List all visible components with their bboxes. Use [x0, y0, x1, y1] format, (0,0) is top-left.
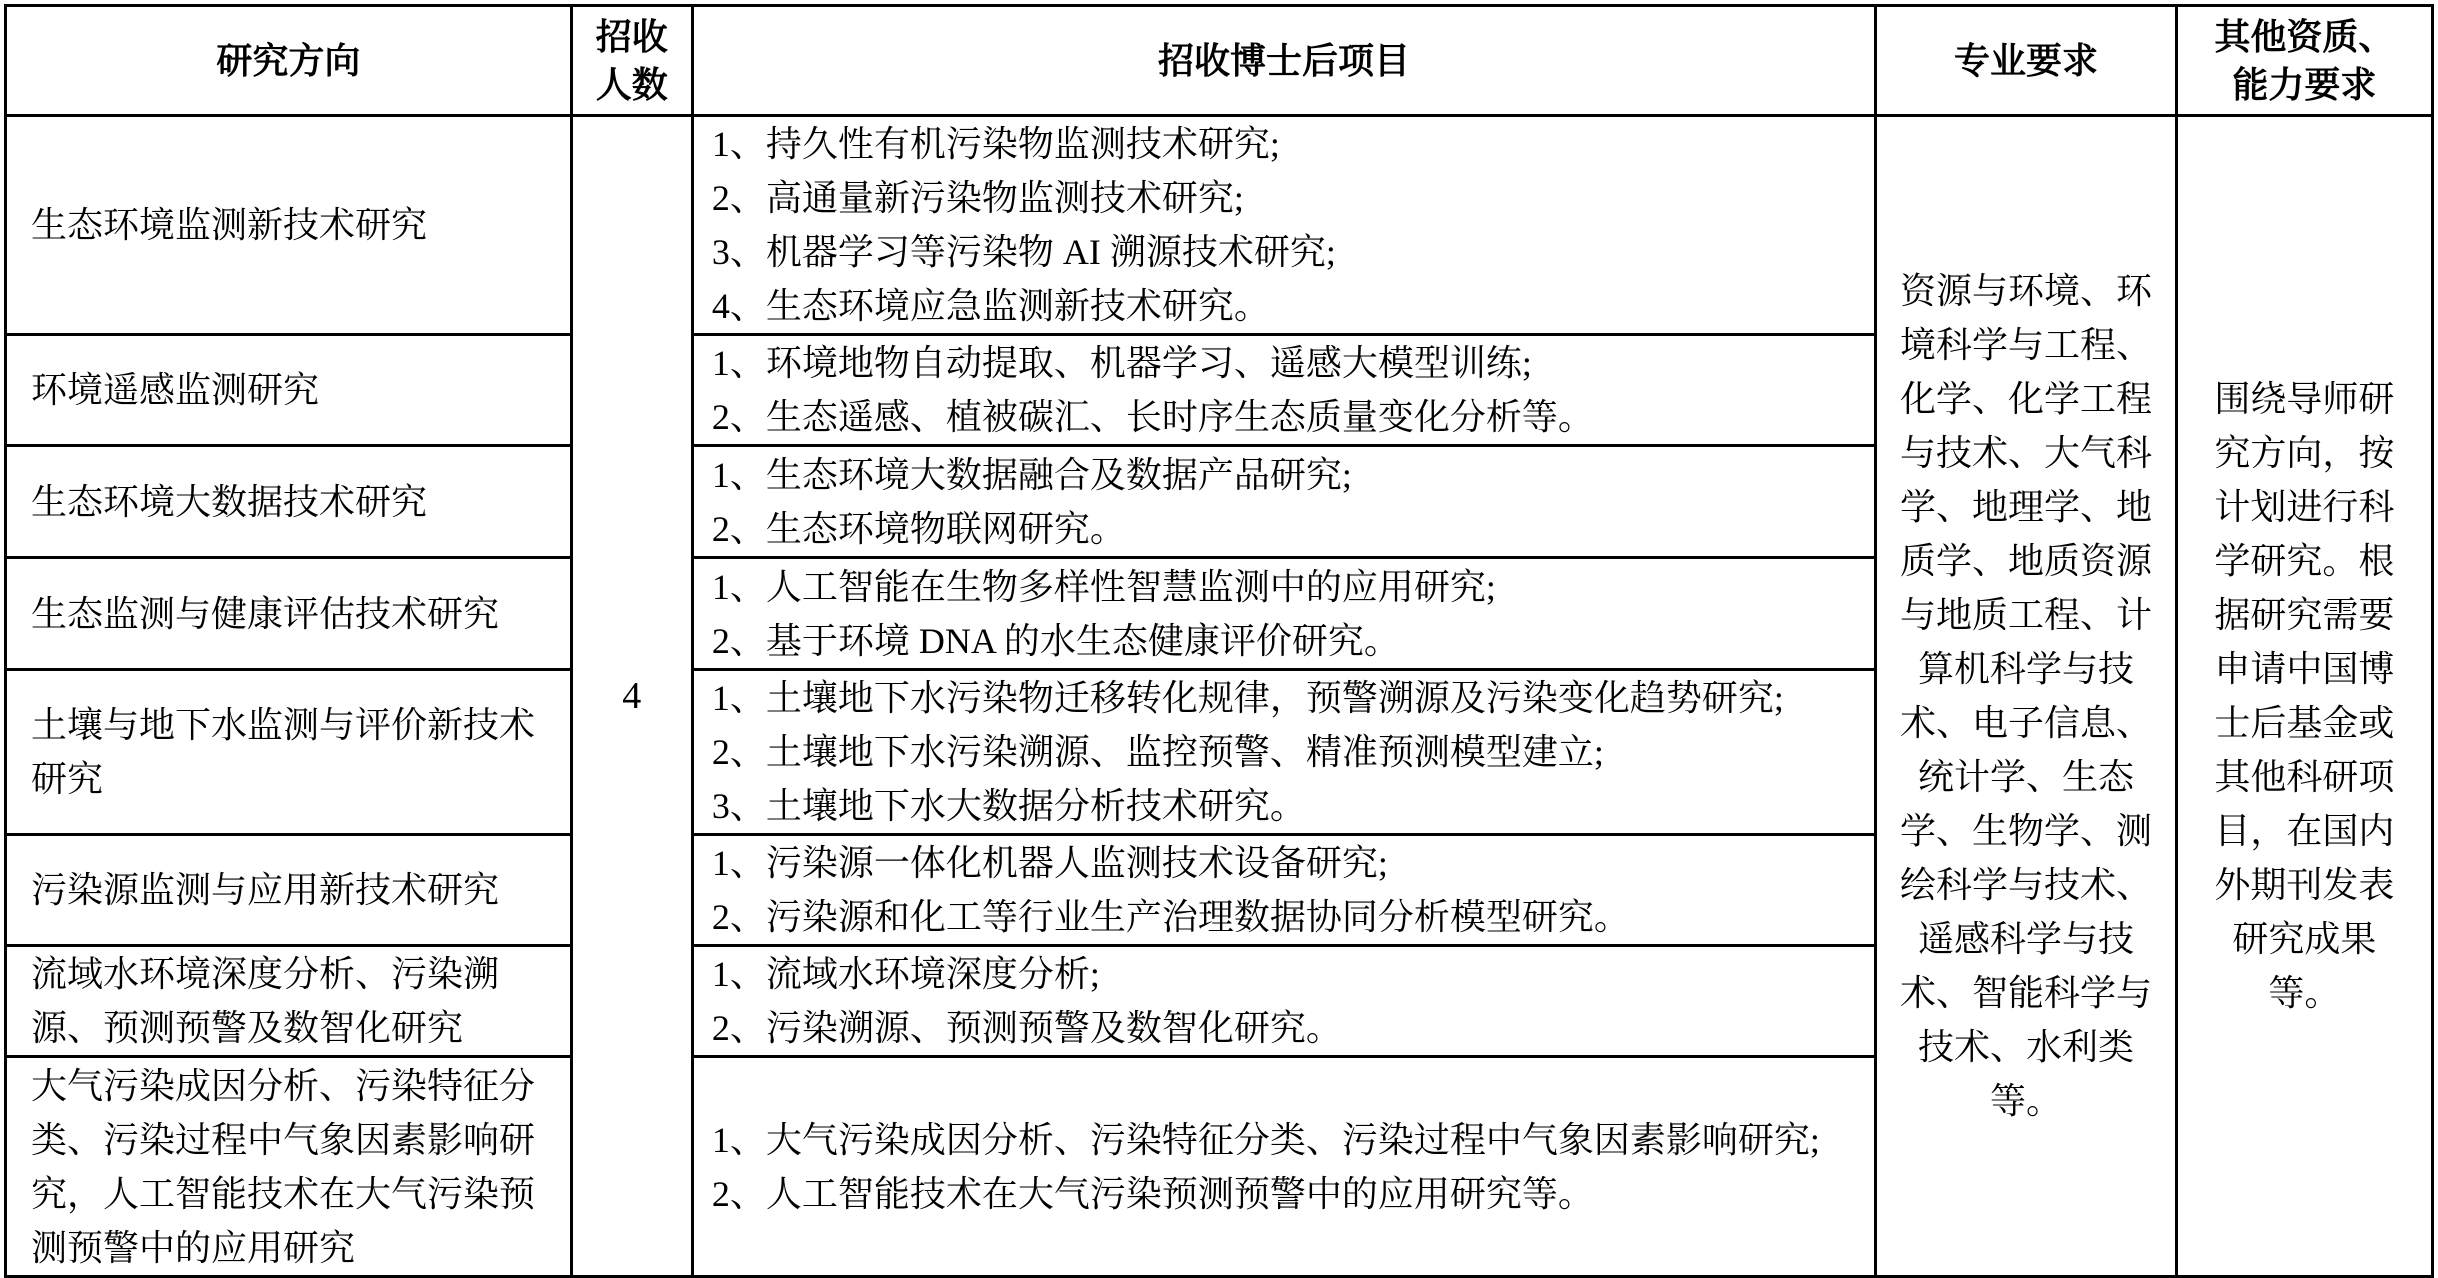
header-research-direction: 研究方向	[6, 6, 572, 116]
research-direction-cell: 生态环境监测新技术研究	[6, 116, 572, 335]
header-postdoc-projects: 招收博士后项目	[692, 6, 1875, 116]
header-major-requirements: 专业要求	[1876, 6, 2176, 116]
research-direction-cell: 流域水环境深度分析、污染溯 源、预测预警及数智化研究	[6, 946, 572, 1057]
header-other-requirements: 其他资质、 能力要求	[2176, 6, 2432, 116]
header-row: 研究方向 招收 人数 招收博士后项目 专业要求 其他资质、 能力要求	[6, 6, 2433, 116]
research-direction-cell: 大气污染成因分析、污染特征分 类、污染过程中气象因素影响研 究，人工智能技术在大…	[6, 1057, 572, 1277]
projects-cell: 1、流域水环境深度分析; 2、污染溯源、预测预警及数智化研究。	[692, 946, 1875, 1057]
recruitment-table: 研究方向 招收 人数 招收博士后项目 专业要求 其他资质、 能力要求 生态环境监…	[4, 4, 2434, 1278]
major-requirements-cell: 资源与环境、环 境科学与工程、 化学、化学工程 与技术、大气科 学、地理学、地 …	[1876, 116, 2176, 1277]
recruit-count-cell: 4	[571, 116, 692, 1277]
projects-cell: 1、土壤地下水污染物迁移转化规律，预警溯源及污染变化趋势研究; 2、土壤地下水污…	[692, 670, 1875, 835]
projects-cell: 1、生态环境大数据融合及数据产品研究; 2、生态环境物联网研究。	[692, 446, 1875, 558]
research-direction-cell: 土壤与地下水监测与评价新技术 研究	[6, 670, 572, 835]
research-direction-cell: 生态环境大数据技术研究	[6, 446, 572, 558]
projects-cell: 1、持久性有机污染物监测技术研究; 2、高通量新污染物监测技术研究; 3、机器学…	[692, 116, 1875, 335]
projects-cell: 1、大气污染成因分析、污染特征分类、污染过程中气象因素影响研究; 2、人工智能技…	[692, 1057, 1875, 1277]
research-direction-cell: 生态监测与健康评估技术研究	[6, 558, 572, 670]
other-requirements-cell: 围绕导师研 究方向，按 计划进行科 学研究。根 据研究需要 申请中国博 士后基金…	[2176, 116, 2432, 1277]
table-row: 生态环境监测新技术研究 4 1、持久性有机污染物监测技术研究; 2、高通量新污染…	[6, 116, 2433, 335]
projects-cell: 1、人工智能在生物多样性智慧监测中的应用研究; 2、基于环境 DNA 的水生态健…	[692, 558, 1875, 670]
research-direction-cell: 污染源监测与应用新技术研究	[6, 835, 572, 946]
projects-cell: 1、污染源一体化机器人监测技术设备研究; 2、污染源和化工等行业生产治理数据协同…	[692, 835, 1875, 946]
projects-cell: 1、环境地物自动提取、机器学习、遥感大模型训练; 2、生态遥感、植被碳汇、长时序…	[692, 335, 1875, 446]
header-recruit-count: 招收 人数	[571, 6, 692, 116]
research-direction-cell: 环境遥感监测研究	[6, 335, 572, 446]
